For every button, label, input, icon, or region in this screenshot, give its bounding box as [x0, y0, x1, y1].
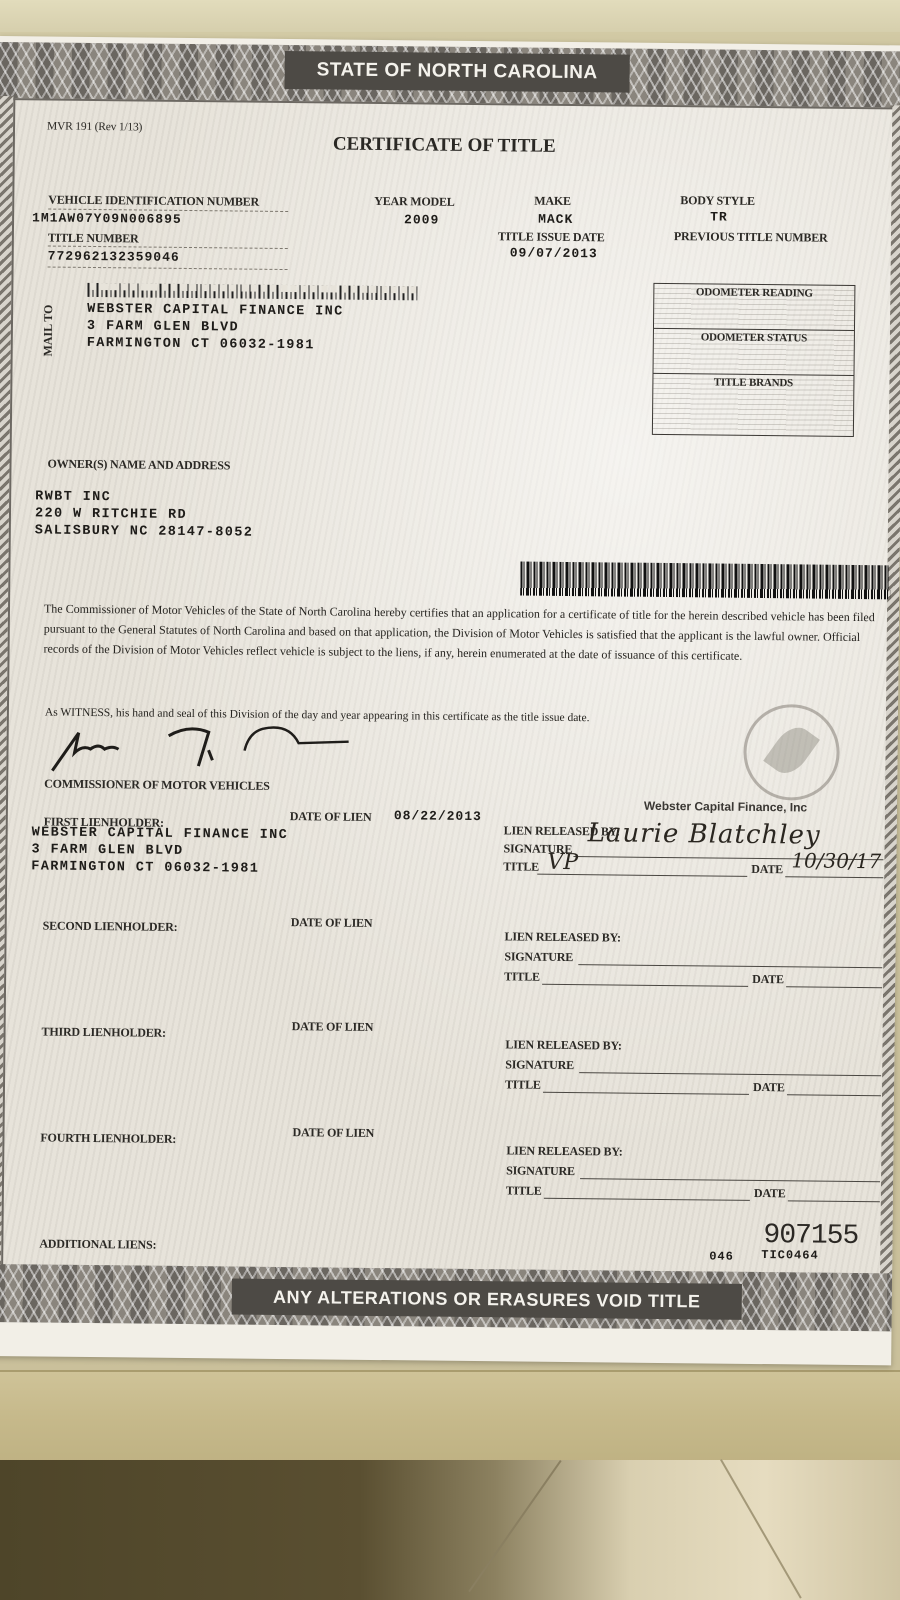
first-release-title: VP: [547, 850, 578, 875]
first-release-date: 10/30/17: [791, 848, 881, 873]
commissioner-label: COMMISSIONER OF MOTOR VEHICLES: [44, 777, 270, 794]
second-released-by-label: LIEN RELEASED BY:: [505, 929, 621, 945]
warning-banner: ANY ALTERATIONS OR ERASURES VOID TITLE: [232, 1278, 742, 1319]
first-release-signature: Laurie Blatchley: [588, 818, 821, 850]
fourth-released-by-label: LIEN RELEASED BY:: [506, 1143, 622, 1159]
body-style-value: TR: [710, 209, 728, 224]
third-lien-date-label: DATE OF LIEN: [292, 1019, 374, 1035]
body-style-label: BODY STYLE: [680, 193, 755, 209]
odometer-box: ODOMETER READING ODOMETER STATUS TITLE B…: [652, 283, 856, 437]
mail-to-line: FARMINGTON CT 06032-1981: [87, 335, 344, 355]
second-signature-label: SIGNATURE: [504, 949, 573, 965]
background-wall: [0, 0, 900, 32]
first-lien-date: 08/22/2013: [394, 808, 482, 824]
second-date-label: DATE: [752, 972, 784, 987]
third-signature-label: SIGNATURE: [505, 1057, 574, 1073]
second-date-line: [786, 986, 882, 988]
previous-title-number-label: PREVIOUS TITLE NUMBER: [674, 229, 828, 246]
odometer-status-field: ODOMETER STATUS: [653, 329, 853, 376]
make-label: MAKE: [534, 194, 571, 209]
fourth-lienholder-label: FOURTH LIENHOLDER:: [40, 1130, 176, 1146]
third-signature-line: [579, 1072, 881, 1076]
second-title-label: TITLE: [504, 969, 540, 984]
vin-value: 1M1AW07Y09N006895: [32, 210, 182, 227]
first-lienholder-address: WEBSTER CAPITAL FINANCE INC 3 FARM GLEN …: [31, 824, 288, 878]
fourth-date-label: DATE: [754, 1186, 786, 1201]
serial-number: 907155: [763, 1220, 858, 1252]
first-lien-date-label: DATE OF LIEN: [290, 809, 372, 825]
third-date-label: DATE: [753, 1080, 785, 1095]
dmv-seal: [743, 704, 840, 801]
second-signature-line: [578, 964, 882, 968]
title-number-value: 772962132359046: [48, 249, 180, 265]
third-title-line: [543, 1092, 749, 1095]
document-title: CERTIFICATE OF TITLE: [333, 133, 556, 157]
third-released-by-label: LIEN RELEASED BY:: [505, 1037, 621, 1053]
year-model-label: YEAR MODEL: [374, 194, 454, 210]
commissioner-signature: [48, 719, 369, 778]
certificate-of-title: STATE OF NORTH CAROLINA MVR 191 (Rev 1/1…: [0, 36, 900, 1365]
certification-paragraph: The Commissioner of Motor Vehicles of th…: [43, 598, 884, 667]
second-lien-date-label: DATE OF LIEN: [291, 915, 373, 931]
owner-line: SALISBURY NC 28147-8052: [35, 522, 254, 541]
first-title-label: TITLE: [503, 859, 539, 874]
mail-to-address: WEBSTER CAPITAL FINANCE INC 3 FARM GLEN …: [87, 301, 344, 355]
year-model-value: 2009: [404, 212, 439, 227]
document-barcode: [520, 561, 890, 599]
odometer-reading-field: ODOMETER READING: [654, 284, 854, 331]
first-lienholder-line: FARMINGTON CT 06032-1981: [31, 858, 288, 878]
additional-liens-label: ADDITIONAL LIENS:: [39, 1236, 156, 1252]
floor-background: [0, 1460, 900, 1600]
fourth-title-line: [544, 1198, 750, 1201]
fourth-signature-line: [580, 1178, 880, 1182]
title-issue-date-label: TITLE ISSUE DATE: [498, 229, 605, 245]
odometer-reading-label: ODOMETER READING: [654, 286, 854, 300]
certificate-body: MVR 191 (Rev 1/13) CERTIFICATE OF TITLE …: [1, 98, 892, 1275]
third-lienholder-label: THIRD LIENHOLDER:: [41, 1024, 165, 1040]
fourth-date-line: [788, 1200, 880, 1202]
second-lienholder-label: SECOND LIENHOLDER:: [43, 918, 178, 934]
form-number: MVR 191 (Rev 1/13): [47, 120, 142, 133]
owner-label: OWNER(S) NAME AND ADDRESS: [47, 457, 230, 474]
fourth-signature-label: SIGNATURE: [506, 1163, 575, 1179]
owner-address: RWBT INC 220 W RITCHIE RD SALISBURY NC 2…: [35, 488, 254, 541]
table-edge: [0, 1370, 900, 1462]
title-issue-date-value: 09/07/2013: [510, 245, 598, 261]
make-value: MACK: [538, 212, 573, 227]
fourth-title-label: TITLE: [506, 1183, 542, 1198]
first-release-date-label: DATE: [751, 862, 783, 877]
odometer-status-label: ODOMETER STATUS: [654, 331, 854, 345]
title-brands-field: TITLE BRANDS: [653, 374, 854, 434]
title-brands-label: TITLE BRANDS: [653, 376, 853, 390]
office-code: 046: [709, 1249, 734, 1263]
lien-release-stamp: Webster Capital Finance, Inc: [644, 799, 807, 815]
fourth-lien-date-label: DATE OF LIEN: [292, 1125, 374, 1141]
second-title-line: [542, 984, 748, 987]
third-date-line: [787, 1094, 881, 1096]
state-banner: STATE OF NORTH CAROLINA: [284, 51, 629, 93]
mail-to-label: MAIL TO: [41, 305, 57, 357]
vin-label: VEHICLE IDENTIFICATION NUMBER: [48, 193, 259, 210]
third-title-label: TITLE: [505, 1077, 541, 1092]
postal-barcode: [87, 283, 417, 300]
title-number-label: TITLE NUMBER: [48, 231, 139, 247]
